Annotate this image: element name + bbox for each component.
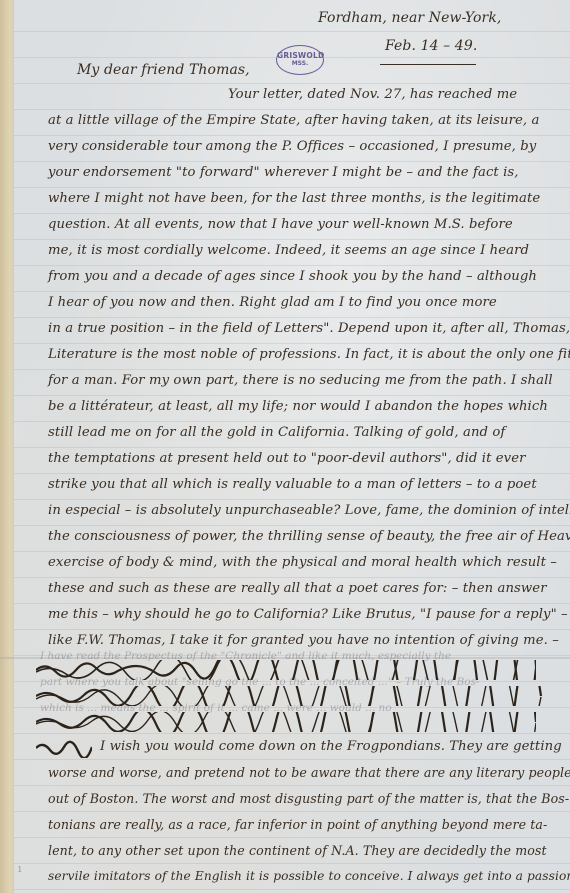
- letter-line: Your letter, dated Nov. 27, has reached …: [228, 87, 517, 102]
- letter-date: Feb. 14 – 49.: [385, 38, 477, 54]
- scribble-strikeout: [36, 712, 536, 732]
- letter-line: like F.W. Thomas, I take it for granted …: [48, 633, 559, 648]
- letter-line: worse and worse, and pretend not to be a…: [48, 765, 570, 780]
- letter-line: the temptations at present held out to "…: [48, 451, 526, 466]
- letter-line: out of Boston. The worst and most disgus…: [48, 791, 569, 806]
- letter-line: very considerable tour among the P. Offi…: [48, 139, 536, 154]
- letter-line: for a man. For my own part, there is no …: [48, 373, 553, 388]
- letter-line: question. At all events, now that I have…: [48, 217, 513, 232]
- letter-line: at a little village of the Empire State,…: [48, 113, 539, 128]
- date-underline: [380, 64, 476, 65]
- letter-line: your endorsement "to forward" wherever I…: [48, 165, 519, 180]
- letter-place: Fordham, near New-York,: [318, 10, 501, 26]
- salutation: My dear friend Thomas,: [77, 62, 250, 78]
- scribble-strikeout: [36, 660, 536, 680]
- scribble-strikeout: [36, 686, 546, 706]
- margin-mark: ı: [18, 862, 22, 875]
- ruled-paper: [14, 0, 570, 893]
- letter-line: still lead me on for all the gold in Cal…: [48, 425, 505, 440]
- letter-line: in a true position – in the field of Let…: [48, 321, 570, 336]
- letter-line: be a littérateur, at least, all my life;…: [48, 399, 548, 414]
- letter-line: me this – why should he go to California…: [48, 607, 570, 622]
- letter-line: these and such as these are really all t…: [48, 581, 547, 596]
- letter-line: from you and a decade of ages since I sh…: [48, 269, 537, 284]
- griswold-stamp: GRISWOLD MSS.: [276, 45, 324, 75]
- paper-edge-stain: [0, 0, 14, 893]
- stamp-line-2: MSS.: [277, 60, 323, 68]
- scribble-strikeout: [36, 738, 92, 758]
- letter-line: where I might not have been, for the las…: [48, 191, 540, 206]
- letter-line: I wish you would come down on the Frogpo…: [100, 739, 562, 754]
- letter-line: I hear of you now and then. Right glad a…: [48, 295, 497, 310]
- letter-line: lent, to any other set upon the continen…: [48, 843, 547, 858]
- letter-line: strike you that all which is really valu…: [48, 477, 537, 492]
- letter-line: servile imitators of the English it is p…: [48, 869, 570, 883]
- letter-line: Literature is the most noble of professi…: [48, 347, 570, 362]
- letter-line: tonians are really, as a race, far infer…: [48, 817, 547, 832]
- letter-line: the consciousness of power, the thrillin…: [48, 529, 570, 544]
- stamp-line-1: GRISWOLD: [277, 51, 323, 60]
- letter-page: Fordham, near New-York, Feb. 14 – 49. GR…: [0, 0, 570, 893]
- letter-line: exercise of body & mind, with the physic…: [48, 555, 557, 570]
- letter-line: in especial – is absolutely unpurchaseab…: [48, 503, 570, 518]
- letter-line: me, it is most cordially welcome. Indeed…: [48, 243, 529, 258]
